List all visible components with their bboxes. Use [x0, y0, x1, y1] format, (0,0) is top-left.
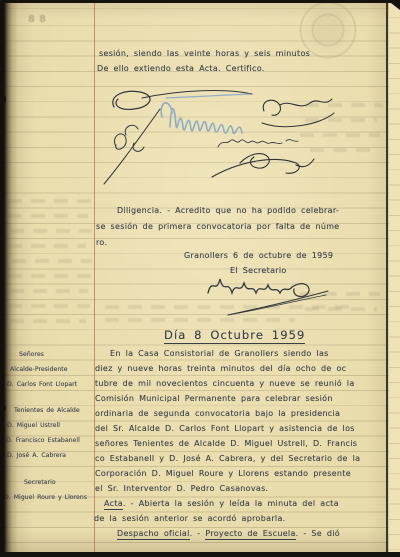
margin-note-alcalde-title: Alcalde-Presidente: [10, 366, 68, 373]
body-line-5: ordinaria de segunda convocatoria bajo l…: [95, 409, 340, 418]
despacho-rest: . - Se dió: [296, 529, 340, 538]
bleed-through-line: [8, 199, 92, 203]
acta-line-2: de la sesión anterior se acordó aprobarl…: [94, 514, 286, 523]
despacho-sep: . -: [190, 529, 206, 538]
body-line-6: del Sr. Alcalde D. Carlos Font Llopart y…: [95, 424, 355, 433]
bleed-through-line: [300, 292, 380, 296]
session-heading: Día 8 Octubre 1959: [164, 328, 305, 344]
despacho-line: Despacho oficial. - Proyecto de Escuela.…: [117, 529, 340, 538]
bleed-through-line: [10, 289, 88, 293]
body-line-3: tubre de mil novecientos cincuenta y nue…: [95, 379, 355, 388]
closing-line-1: sesión, siendo las veinte horas y seis m…: [99, 49, 310, 58]
bleed-through-line: [305, 118, 377, 122]
acta-label: Acta: [104, 499, 123, 510]
scan-edge-top: [0, 0, 400, 3]
bleed-through-line: [12, 259, 92, 263]
body-line-4: Comisión Municipal Permanente para celeb…: [95, 394, 333, 403]
bleed-through-line: [8, 214, 88, 218]
bleed-through-line: [10, 319, 86, 323]
bleed-through-line: [105, 318, 295, 322]
bleed-through-line: [10, 229, 92, 233]
next-page-edge: [389, 3, 400, 552]
body-line-9: Corporación D. Miguel Roure y Llorens es…: [95, 469, 351, 478]
despacho-label: Despacho oficial: [117, 529, 190, 540]
diligencia-place-date: Granollers 6 de octubre de 1959: [184, 251, 333, 260]
body-line-10: el Sr. Interventor D. Pedro Casanovas.: [95, 484, 268, 493]
scan-edge-bottom: [0, 552, 400, 557]
body-line-7: señores Tenientes de Alcalde D. Miguel U…: [95, 439, 357, 448]
margin-note-tenientes-title: Tenientes de Alcalde: [14, 407, 80, 414]
acta-rest: . - Abierta la sesión y leída la minuta …: [123, 499, 339, 508]
bleed-through-line: [310, 148, 376, 152]
diligencia-line-2: se sesión de primera convocatoria por fa…: [96, 222, 340, 231]
scanned-minutes-page: 88 sesión, siendo las veinte horas y sei…: [0, 0, 400, 557]
diligencia-line-3: ro.: [96, 238, 107, 247]
page-number-stamp: 88: [28, 14, 50, 25]
margin-note-senores: Señores: [19, 351, 44, 358]
book-binding: [0, 0, 18, 557]
bleed-through-line: [300, 133, 380, 137]
bleed-through-line: [8, 244, 86, 248]
acta-line-1: Acta. - Abierta la sesión y leída la min…: [104, 499, 339, 508]
embossed-stamp-inner-ring: [312, 14, 344, 46]
secretary-title: El Secretario: [230, 266, 287, 275]
bleed-through-line: [305, 103, 383, 107]
body-line-2: diez y nueve horas treinta minutos del d…: [95, 364, 346, 373]
page-edge-line: [386, 0, 388, 557]
body-line-8: co Estabanell y D. José A. Cabrera, y de…: [95, 454, 360, 463]
proyecto-label: Proyecto de Escuela: [205, 529, 295, 540]
bleed-through-line: [105, 305, 355, 309]
body-line-1: En la Casa Consistorial de Granollers si…: [110, 349, 329, 358]
bleed-through-line: [8, 274, 92, 278]
diligencia-line-1: Diligencia. - Acredito que no ha podido …: [117, 206, 339, 215]
bleed-through-line: [8, 304, 90, 308]
closing-line-2: De ello extiendo esta Acta. Certifico.: [97, 64, 265, 73]
margin-note-secretario-title: Secretario: [24, 479, 56, 486]
